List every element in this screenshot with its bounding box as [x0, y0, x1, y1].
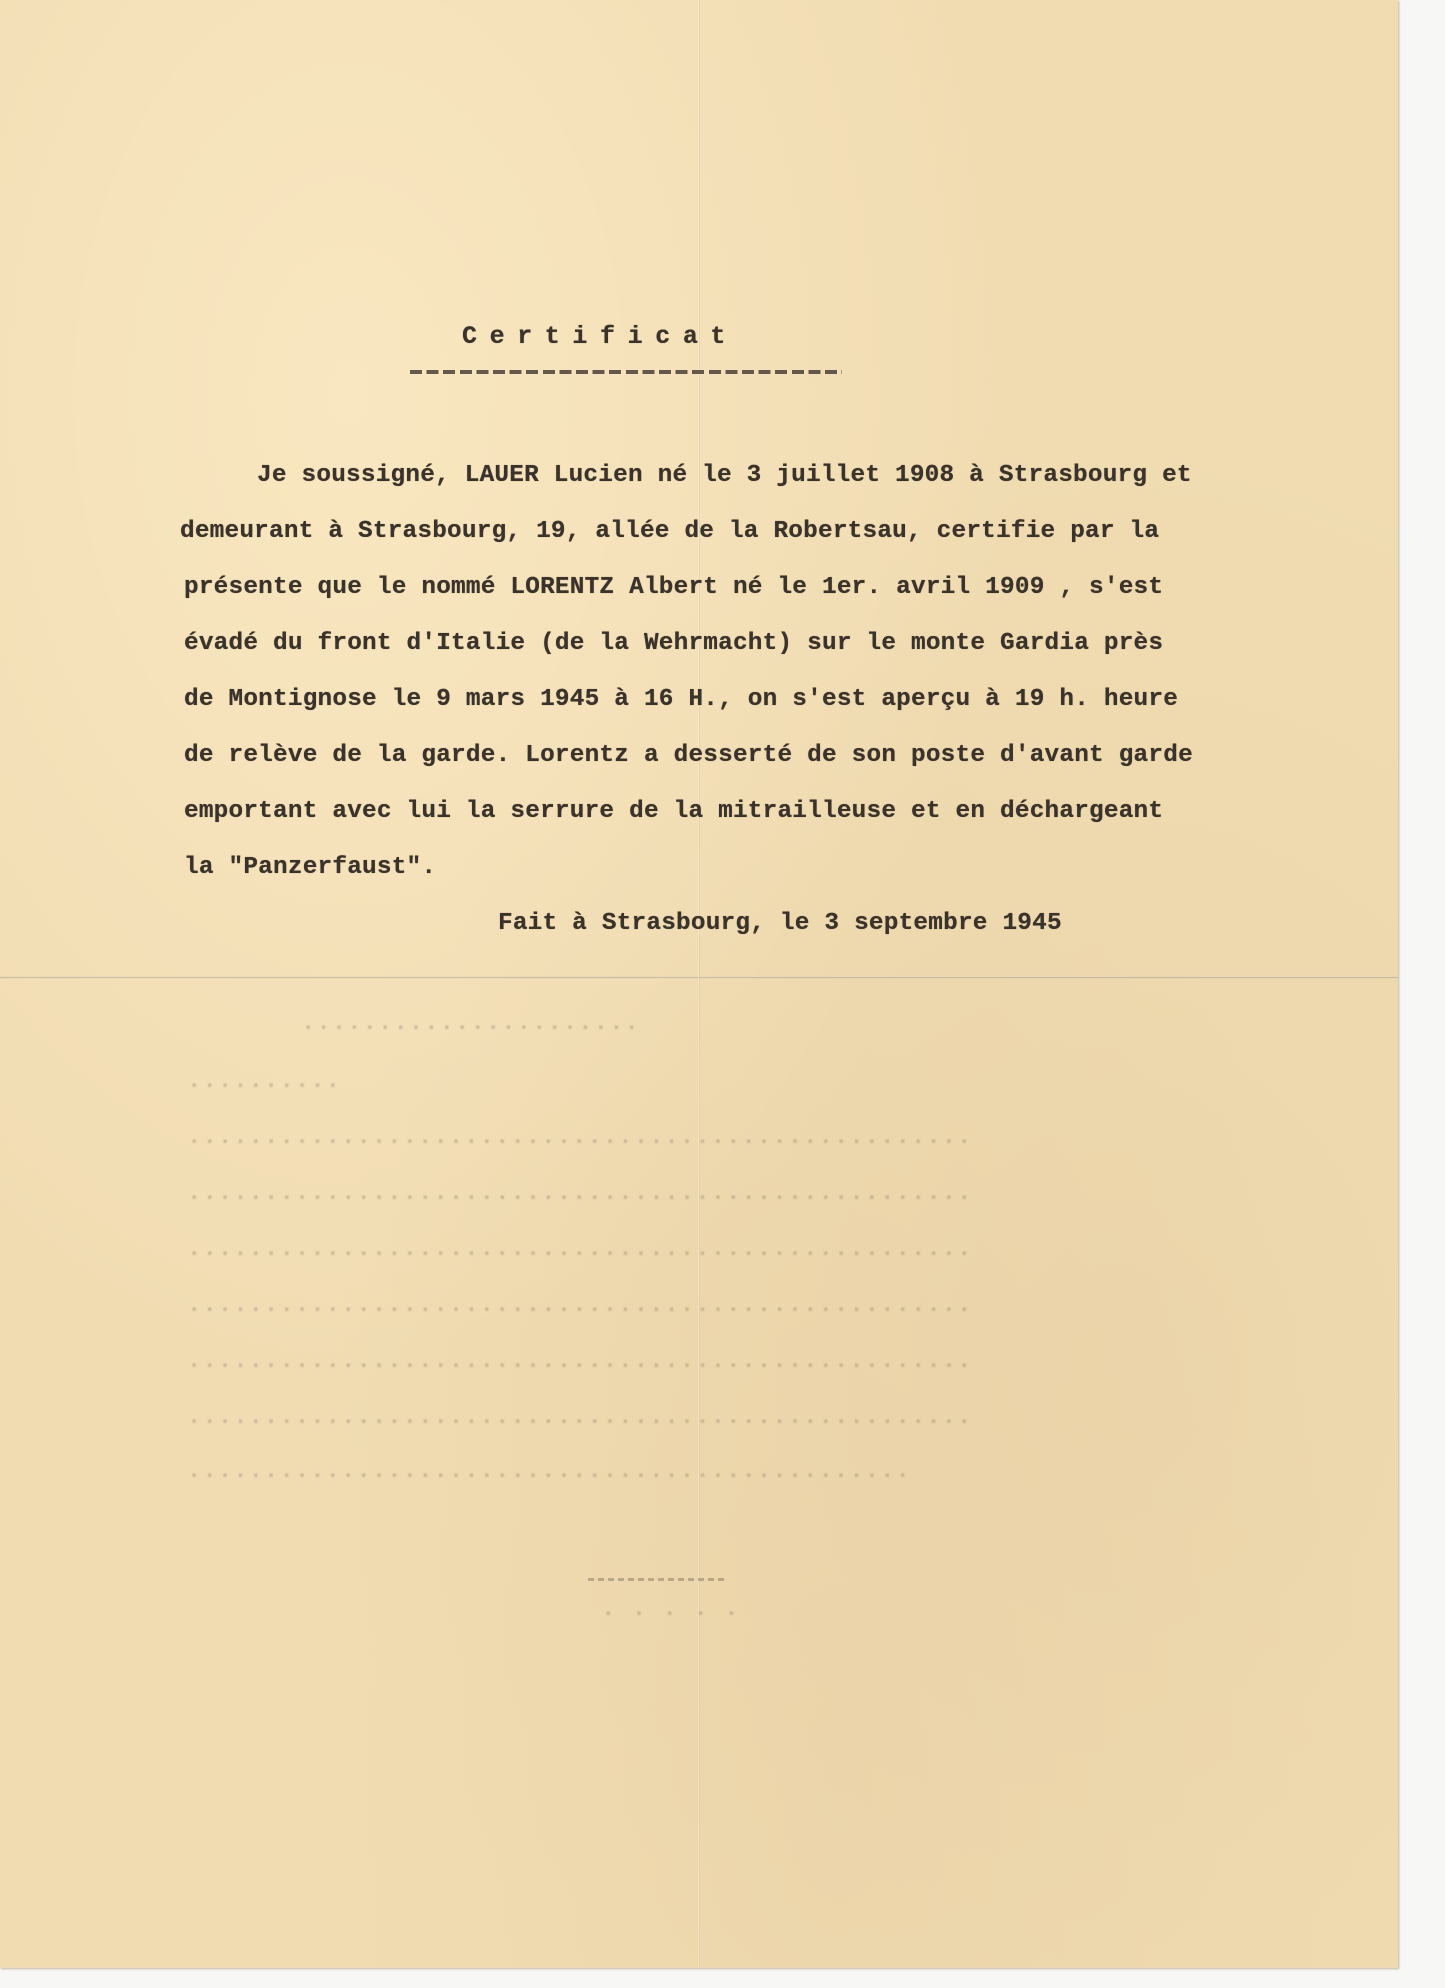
bleed-through-line-4: ........................................…: [186, 1180, 972, 1207]
title-underline: [410, 370, 842, 374]
bleed-through-line-1: ......................: [300, 1010, 793, 1037]
bleed-through-signature: . . . . .: [600, 1596, 739, 1623]
body-line-6: de relève de la garde. Lorentz a dessert…: [184, 742, 1193, 769]
bleed-through-line-5: ........................................…: [186, 1236, 972, 1263]
bleed-through-line-6: ........................................…: [186, 1292, 972, 1319]
closing-place-date: Fait à Strasbourg, le 3 septembre 1945: [498, 910, 1062, 937]
body-line-3: présente que le nommé LORENTZ Albert né …: [184, 574, 1163, 601]
body-line-7: emportant avec lui la serrure de la mitr…: [184, 798, 1163, 825]
bleed-through-line-9: ........................................…: [186, 1458, 956, 1485]
body-line-2: demeurant à Strasbourg, 19, allée de la …: [180, 518, 1159, 545]
document-title: Certificat: [462, 322, 738, 351]
bleed-through-line-3: ........................................…: [186, 1124, 972, 1151]
body-line-8: la "Panzerfaust".: [184, 854, 436, 881]
bleed-through-line-7: ........................................…: [186, 1348, 972, 1375]
bleed-through-line-2: ..........: [186, 1068, 340, 1095]
body-line-4: évadé du front d'Italie (de la Wehrmacht…: [184, 630, 1163, 657]
vertical-fold-crease: [698, 0, 700, 1968]
document-page: Certificat Je soussigné, LAUER Lucien né…: [0, 0, 1398, 1968]
bleed-through-signature-rule: [588, 1578, 728, 1581]
bleed-through-line-8: ........................................…: [186, 1404, 972, 1431]
body-line-5: de Montignose le 9 mars 1945 à 16 H., on…: [184, 686, 1178, 713]
body-line-1: Je soussigné, LAUER Lucien né le 3 juill…: [168, 462, 1192, 489]
